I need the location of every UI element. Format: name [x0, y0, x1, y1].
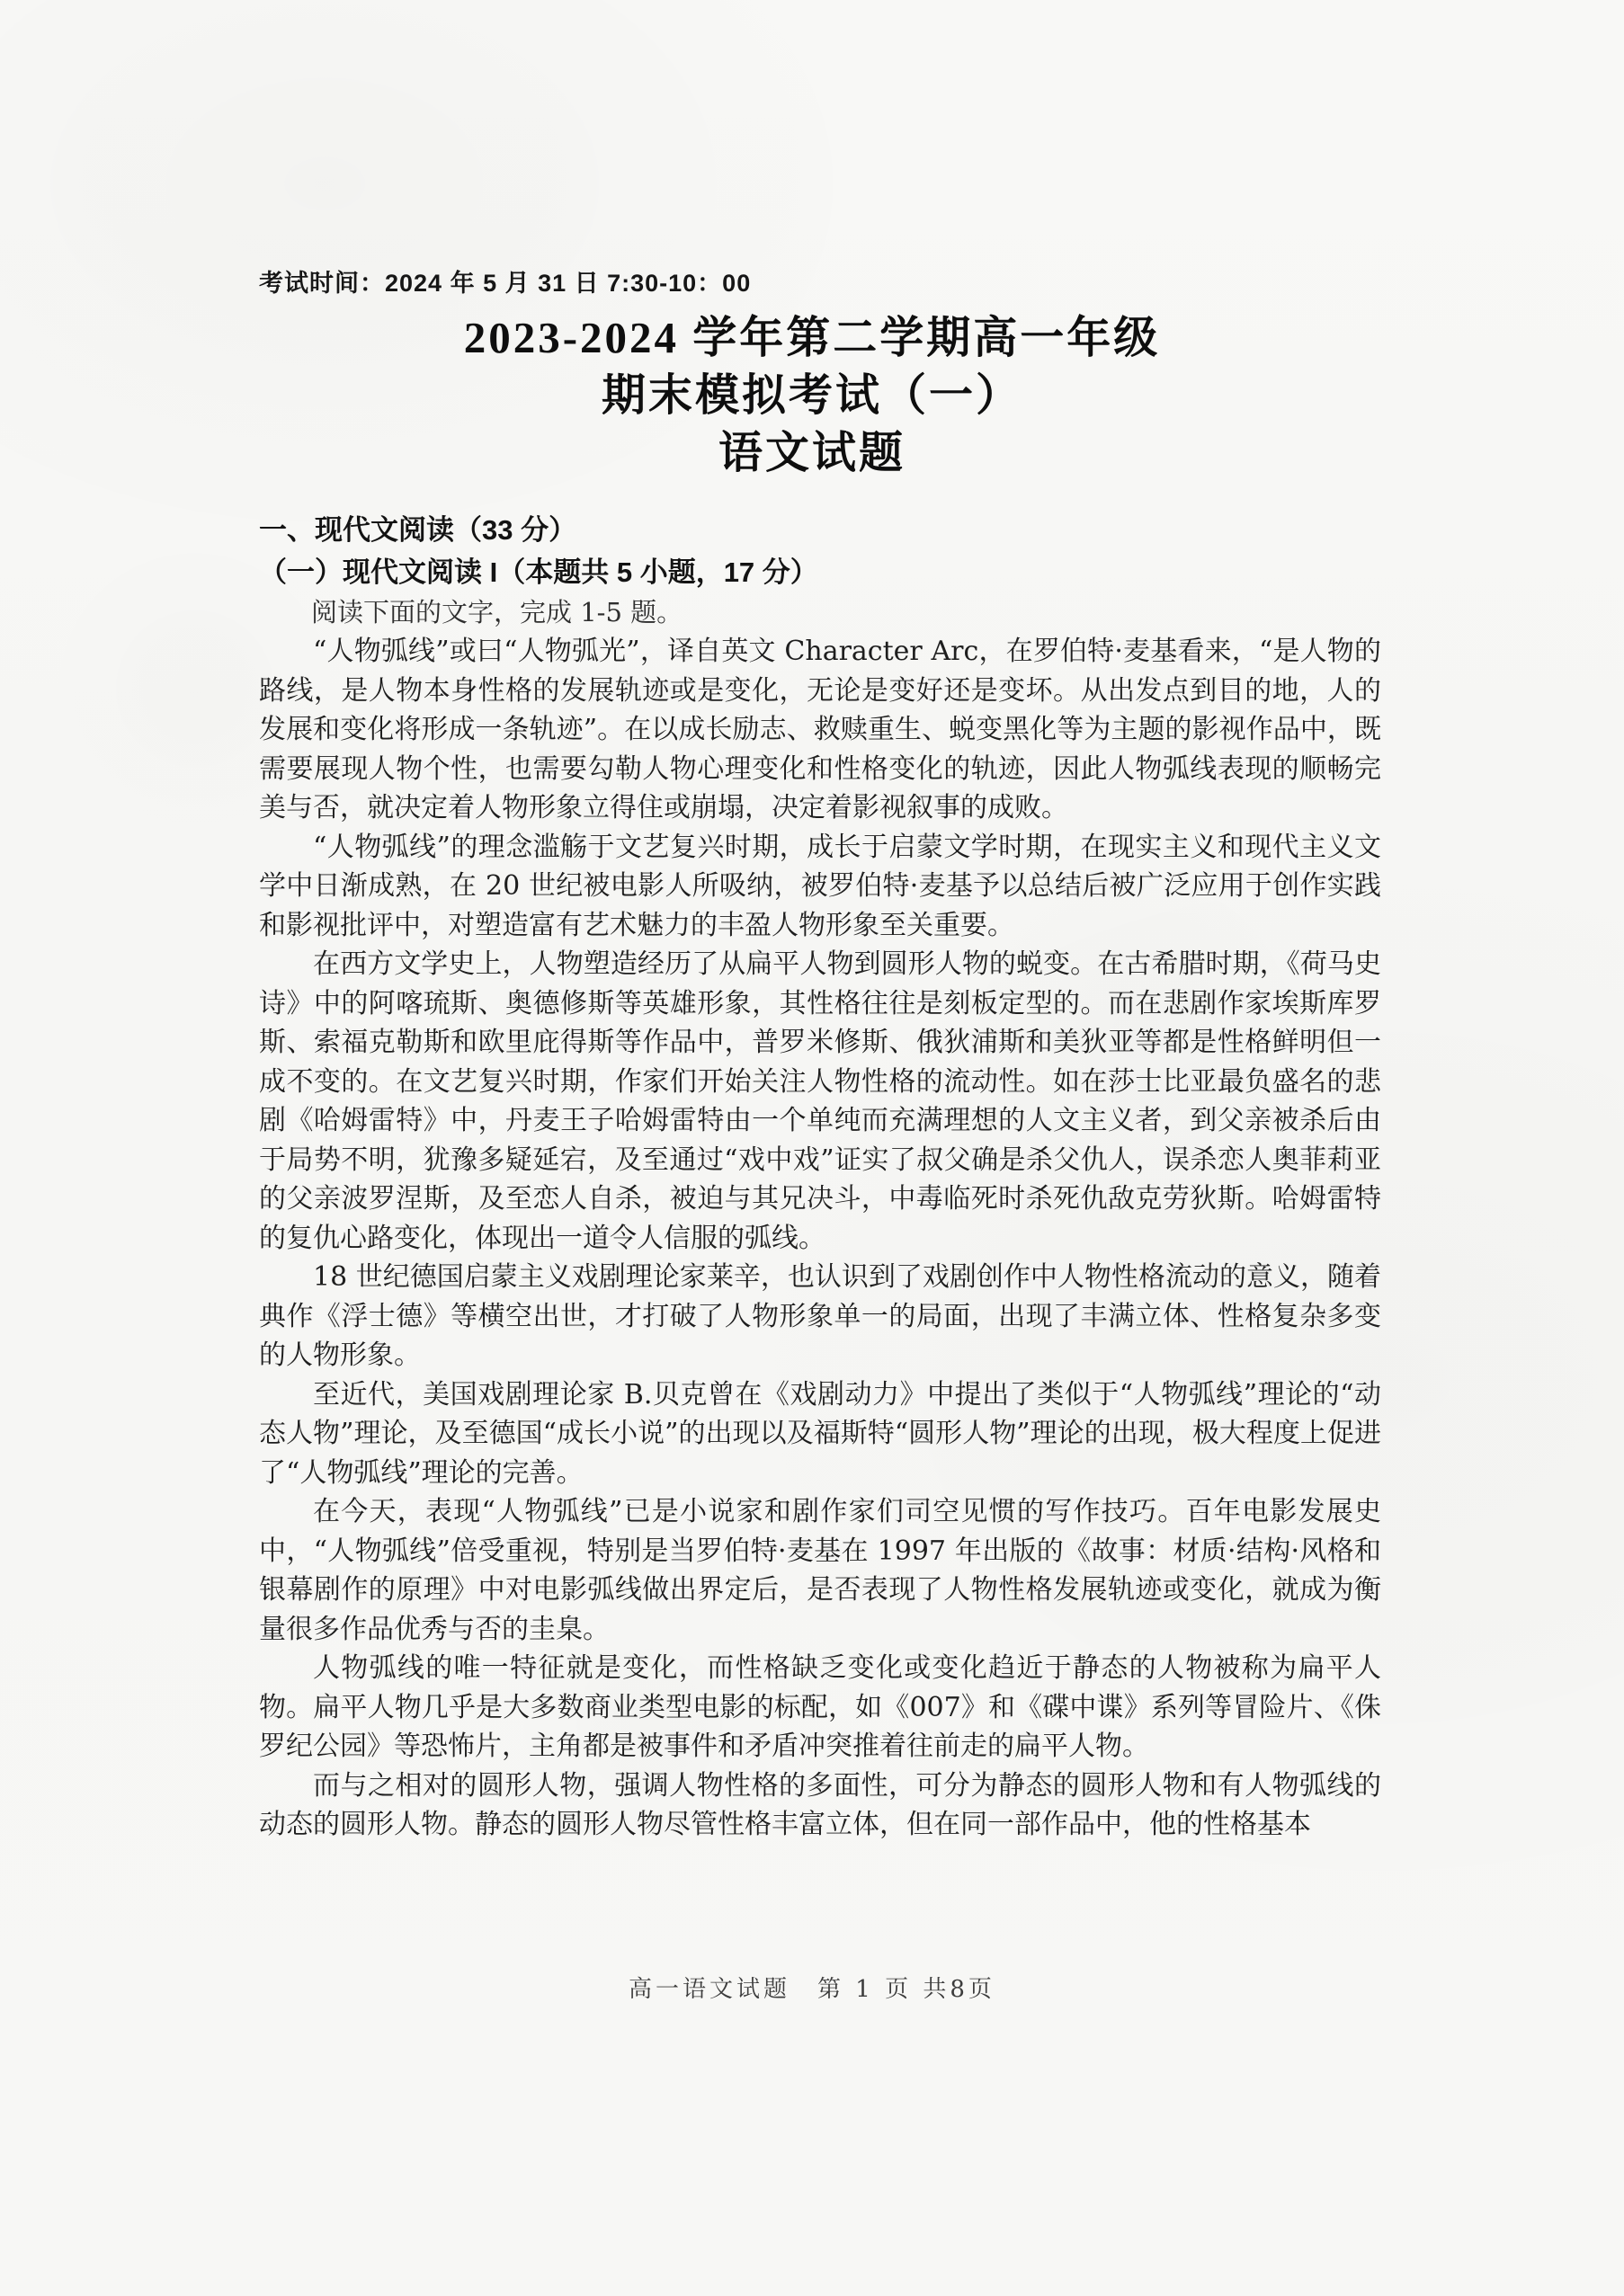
- passage-paragraph: 在今天，表现“人物弧线”已是小说家和剧作家们司空见惯的写作技巧。百年电影发展史中…: [259, 1492, 1381, 1649]
- reading-passage: “人物弧线”或曰“人物弧光”，译自英文 Character Arc，在罗伯特·麦…: [259, 632, 1381, 1845]
- section-heading: 一、现代文阅读（33 分）: [259, 511, 1381, 550]
- exam-title-line-3: 语文试题: [0, 424, 1624, 482]
- exam-title-line-2: 期末模拟考试（一）: [0, 367, 1624, 424]
- passage-paragraph: 人物弧线的唯一特征就是变化，而性格缺乏变化或变化趋近于静态的人物被称为扁平人物。…: [259, 1649, 1381, 1766]
- page-footer: 高一语文试题 第 1 页 共8页: [0, 1971, 1624, 2004]
- passage-paragraph: 在西方文学史上，人物塑造经历了从扁平人物到圆形人物的蜕变。在古希腊时期，《荷马史…: [259, 945, 1381, 1258]
- subsection-heading: （一）现代文阅读 I（本题共 5 小题，17 分）: [259, 553, 1381, 592]
- passage-paragraph: 而与之相对的圆形人物，强调人物性格的多面性，可分为静态的圆形人物和有人物弧线的动…: [259, 1766, 1381, 1845]
- passage-paragraph: 18 世纪德国启蒙主义戏剧理论家莱辛，也认识到了戏剧创作中人物性格流动的意义，随…: [259, 1258, 1381, 1375]
- passage-instruction: 阅读下面的文字，完成 1-5 题。: [259, 592, 1381, 632]
- passage-paragraph: “人物弧线”的理念滥觞于文艺复兴时期，成长于启蒙文学时期，在现实主义和现代主义文…: [259, 828, 1381, 946]
- scanned-exam-page: 考试时间：2024 年 5 月 31 日 7:30-10：00 2023-202…: [0, 0, 1624, 2296]
- exam-time-label: 考试时间：2024 年 5 月 31 日 7:30-10：00: [259, 263, 751, 298]
- passage-paragraph: 至近代，美国戏剧理论家 B.贝克曾在《戏剧动力》中提出了类似于“人物弧线”理论的…: [259, 1375, 1381, 1493]
- exam-title-block: 2023-2024 学年第二学期高一年级 期末模拟考试（一） 语文试题: [0, 309, 1624, 482]
- passage-paragraph: “人物弧线”或曰“人物弧光”，译自英文 Character Arc，在罗伯特·麦…: [259, 632, 1381, 828]
- exam-content: 一、现代文阅读（33 分） （一）现代文阅读 I（本题共 5 小题，17 分） …: [259, 511, 1381, 1845]
- exam-title-line-1: 2023-2024 学年第二学期高一年级: [0, 309, 1624, 367]
